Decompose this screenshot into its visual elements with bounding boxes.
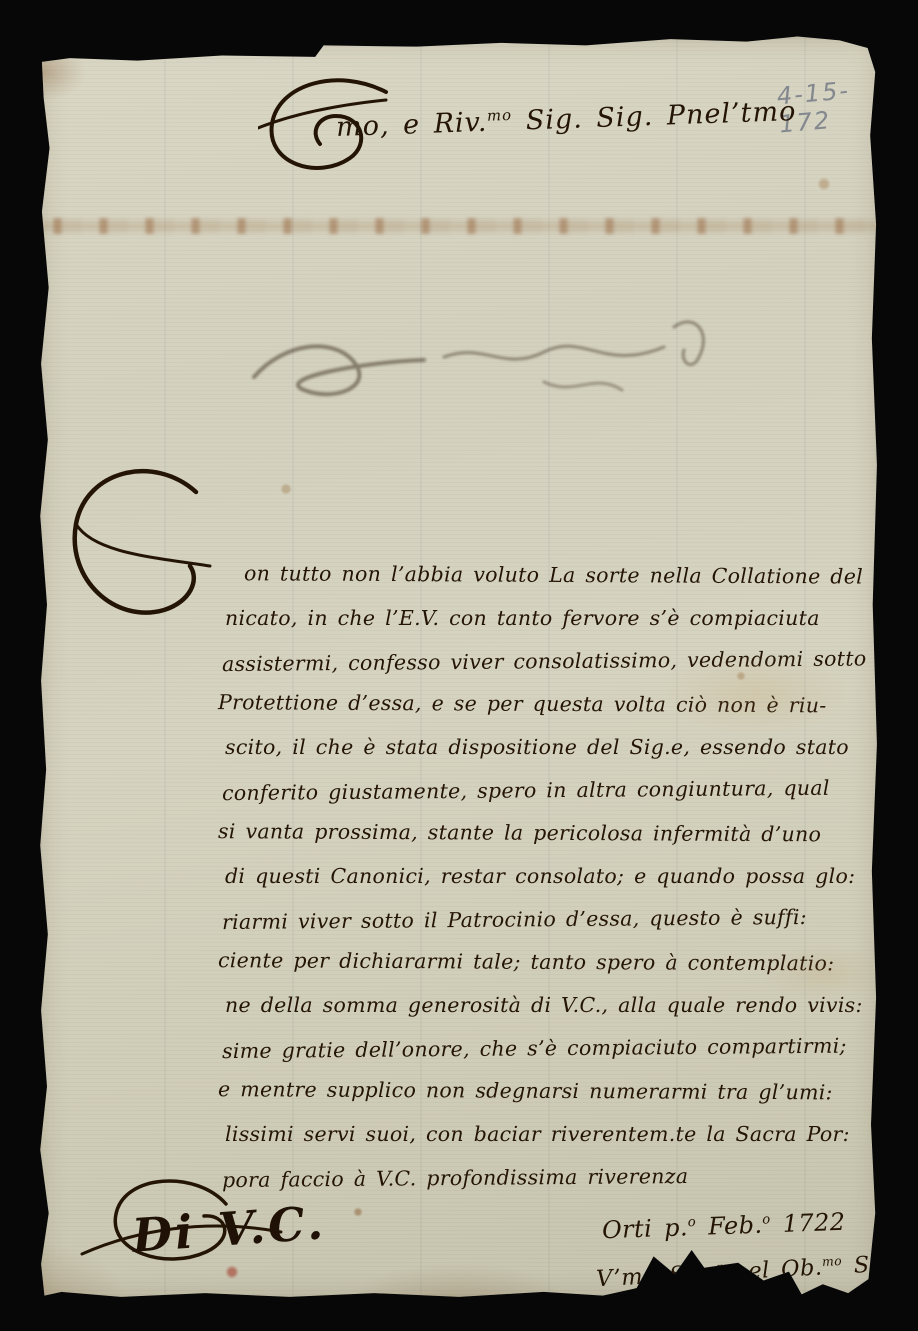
body-line: Protettione d’essa, e se per questa volt…: [218, 681, 918, 728]
body-line: ciente per dichiararmi tale; tanto spero…: [218, 939, 918, 986]
salutation-line: mo, e Riv.mo Sig. Sig. Pnel’tmo: [336, 96, 797, 143]
letter-page: 4-15-172 mo, e Riv.mo Sig. Sig. Pnel’tmo…: [36, 34, 882, 1302]
body-line: scito, il che è stata dispositione del S…: [225, 726, 918, 769]
ink-bleedthrough: [244, 302, 724, 432]
body-line: ne della somma generosità di V.C., alla …: [225, 984, 918, 1027]
closing-text-1: V’md Stu.: [596, 1260, 718, 1292]
closing-superscript: mo: [822, 1254, 843, 1269]
body-line: conferito giustamente, spero in altra co…: [222, 766, 918, 815]
body-line: lissimi servi suoi, con baciar riverente…: [225, 1113, 918, 1156]
valediction: Di V.C.: [130, 1195, 327, 1262]
dateline-year: 1722: [770, 1208, 846, 1239]
scan-background: 4-15-172 mo, e Riv.mo Sig. Sig. Pnel’tmo…: [0, 0, 918, 1331]
closing-text-2: el Ob.: [736, 1254, 823, 1284]
body-line: on tutto non l’abbia voluto La sorte nel…: [218, 552, 918, 599]
salutation-text-2: Sig. Sig. Pnel’tmo: [512, 96, 797, 137]
fold-crease-stain: [36, 218, 882, 234]
body-line: riarmi viver sotto il Patrocinio d’essa,…: [222, 895, 918, 944]
dateline: Orti p.o Feb.o 1722: [602, 1208, 846, 1244]
dateline-month: Feb.: [696, 1211, 763, 1241]
signature: Benedetto Rossi: [642, 1290, 881, 1327]
drop-cap-flourish: [64, 462, 214, 642]
closing-superscript: re: [899, 1250, 914, 1265]
salutation-text-1: mo, e Riv.: [336, 107, 488, 143]
dateline-place: Orti p.: [602, 1213, 689, 1244]
closing-superscript: mo: [716, 1259, 737, 1274]
body-line: pora faccio à V.C. profondissima riveren…: [222, 1153, 918, 1202]
letter-body: on tutto non l’abbia voluto La sorte nel…: [218, 554, 918, 1199]
body-line: si vanta prossima, stante la pericolosa …: [218, 810, 918, 857]
salutation-superscript: mo: [487, 106, 513, 125]
body-line: nicato, in che l’E.V. con tanto fervore …: [225, 597, 918, 640]
closing-text-3: Ser.: [842, 1250, 901, 1279]
body-line: assistermi, confesso viver consolatissim…: [222, 637, 918, 686]
body-line: sime gratie dell’onore, che s’è compiaci…: [222, 1024, 918, 1073]
closing-line: V’md Stu.mo el Ob.mo Ser.re: [596, 1250, 915, 1293]
body-line: di questi Canonici, restar consolato; e …: [225, 855, 918, 898]
body-line: e mentre supplico non sdegnarsi numerarm…: [218, 1068, 918, 1115]
